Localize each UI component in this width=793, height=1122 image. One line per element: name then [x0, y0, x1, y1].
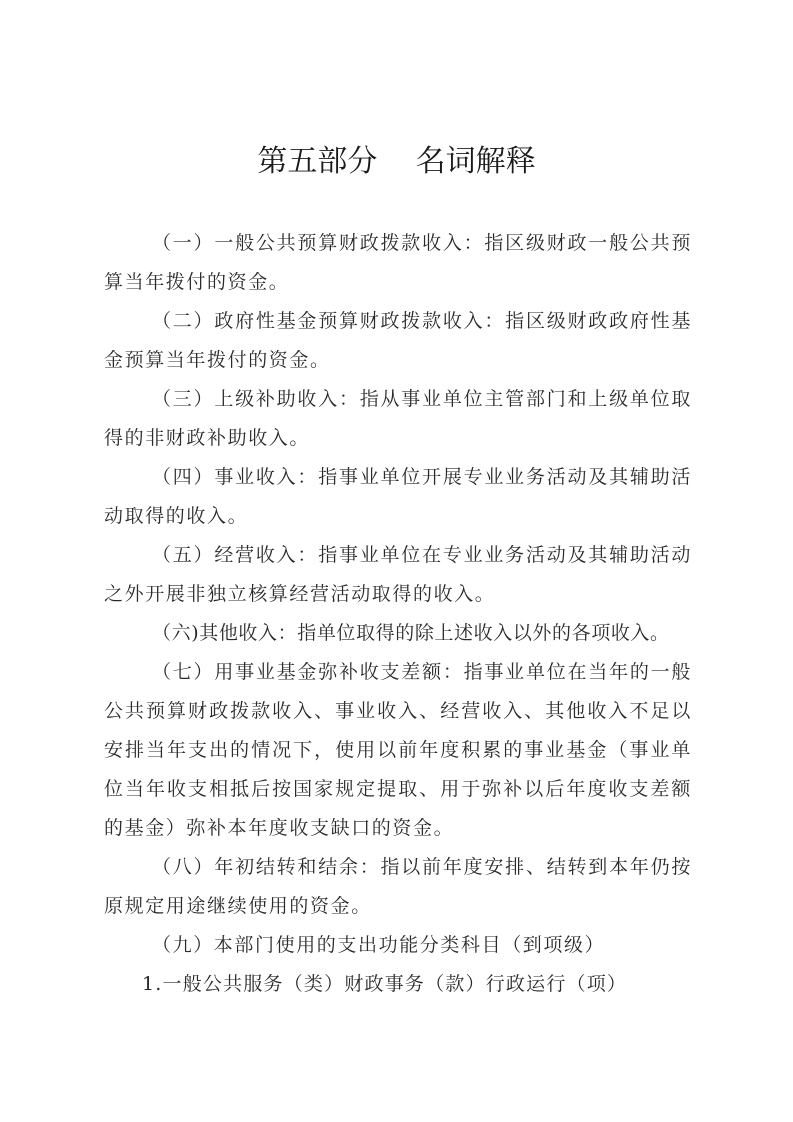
definition-operating-income: （五）经营收入：指事业单位在专业业务活动及其辅助活动之外开展非独立核算经营活动取…: [104, 536, 692, 614]
definition-general-budget-appropriation: （一）一般公共预算财政拨款收入：指区级财政一般公共预算当年拨付的资金。: [104, 224, 692, 302]
definition-carryover-balance: （八）年初结转和结余：指以前年度安排、结转到本年仍按原规定用途继续使用的资金。: [104, 848, 692, 926]
section-title: 第五部分 名词解释: [0, 136, 793, 180]
classification-item-1: 1.一般公共服务（类）财政事务（款）行政运行（项）: [104, 965, 692, 1004]
definitions-body: （一）一般公共预算财政拨款收入：指区级财政一般公共预算当年拨付的资金。 （二）政…: [104, 224, 692, 1004]
document-page: 第五部分 名词解释 （一）一般公共预算财政拨款收入：指区级财政一般公共预算当年拨…: [0, 0, 793, 1122]
definition-government-fund-appropriation: （二）政府性基金预算财政拨款收入：指区级财政政府性基金预算当年拨付的资金。: [104, 302, 692, 380]
definition-superior-subsidy-income: （三）上级补助收入：指从事业单位主管部门和上级单位取得的非财政补助收入。: [104, 380, 692, 458]
definition-expenditure-classification: （九）本部门使用的支出功能分类科目（到项级）: [104, 926, 692, 965]
definition-business-fund-offset: （七）用事业基金弥补收支差额：指事业单位在当年的一般公共预算财政拨款收入、事业收…: [104, 653, 692, 848]
definition-business-income: （四）事业收入：指事业单位开展专业业务活动及其辅助活动取得的收入。: [104, 458, 692, 536]
definition-other-income: （六)其他收入：指单位取得的除上述收入以外的各项收入。: [104, 614, 692, 653]
